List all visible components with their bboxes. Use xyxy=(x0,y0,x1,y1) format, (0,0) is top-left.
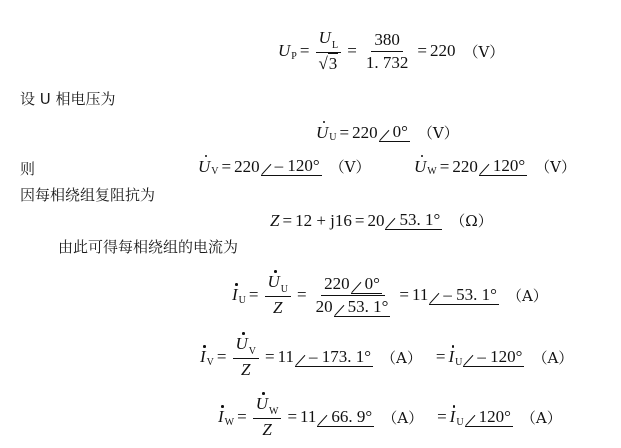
equals-sign: = xyxy=(249,285,259,305)
unit: （V） xyxy=(418,122,459,143)
equals-sign: = xyxy=(222,157,232,177)
numerator: U xyxy=(256,394,268,414)
equals-sign: = xyxy=(237,407,247,427)
equals-sign: = xyxy=(297,285,307,305)
angle-icon: – 53. 1° xyxy=(429,286,499,305)
angle-icon: – 120° xyxy=(261,157,322,176)
fraction: UV Z xyxy=(233,334,260,380)
numerator: U xyxy=(319,28,331,47)
subscript: P xyxy=(291,51,297,62)
text-impedance: 因每相绕组复阻抗为 xyxy=(20,184,155,205)
subscript: W xyxy=(269,406,278,417)
text-then: 则 xyxy=(20,158,35,179)
magnitude: 220 xyxy=(234,157,260,177)
angle-icon: 120° xyxy=(465,408,513,427)
unit: （V） xyxy=(463,41,504,62)
angle-icon: 0° xyxy=(379,123,410,142)
subscript: V xyxy=(211,166,218,177)
magnitude: 20 xyxy=(316,297,333,316)
phasor-symbol: U xyxy=(316,123,328,143)
phasor-symbol: I xyxy=(448,347,454,367)
numerator: U xyxy=(236,334,248,354)
equals-sign: = xyxy=(347,41,357,61)
magnitude: 20 xyxy=(367,211,384,231)
equals-sign: = xyxy=(355,211,365,231)
equals-sign: = xyxy=(287,407,297,427)
symbol: Z xyxy=(270,211,279,231)
phasor-symbol: I xyxy=(450,407,456,427)
symbol: U xyxy=(278,41,290,61)
phasor-symbol: I xyxy=(200,347,206,367)
equals-sign: = xyxy=(399,285,409,305)
subscript: U xyxy=(281,284,288,295)
equals-sign: = xyxy=(440,157,450,177)
subscript: U xyxy=(455,357,462,368)
equals-sign: = xyxy=(217,347,227,367)
fraction: 2200° 2053. 1° xyxy=(313,274,394,317)
angle-icon: 0° xyxy=(351,275,382,294)
angle-icon: 66. 9° xyxy=(317,408,374,427)
denominator: 1. 732 xyxy=(363,52,412,73)
equals-sign: = xyxy=(436,347,446,367)
angle-icon: – 120° xyxy=(463,348,524,367)
equation-uu: UU = 2200° （V） xyxy=(316,122,459,143)
equals-sign: = xyxy=(437,407,447,427)
subscript: U xyxy=(239,295,246,306)
equation-uv: UV = 220– 120° （V） xyxy=(198,156,371,177)
equals-sign: = xyxy=(282,211,292,231)
magnitude: 220 xyxy=(352,123,378,143)
denominator: Z xyxy=(238,359,253,380)
equation-phase-voltage: UP = UL √3 = 380 1. 732 = 220 （V） xyxy=(278,28,504,74)
phasor-symbol: U xyxy=(414,157,426,177)
angle-icon: 53. 1° xyxy=(334,298,391,317)
angle-icon: – 173. 1° xyxy=(295,348,373,367)
text-set-phase-voltage: 设 U 相电压为 xyxy=(20,88,116,109)
numerator: U xyxy=(268,272,280,292)
magnitude: 220 xyxy=(452,157,478,177)
subscript: U xyxy=(329,132,336,143)
equals-sign: = xyxy=(300,41,310,61)
subscript: V xyxy=(249,346,256,357)
denominator: Z xyxy=(270,297,285,318)
unit: （A） xyxy=(532,347,573,368)
fraction: 380 1. 732 xyxy=(363,30,412,73)
numerator: 380 xyxy=(371,30,403,52)
unit: （A） xyxy=(507,285,548,306)
fraction: UW Z xyxy=(253,394,282,440)
equals-sign: = xyxy=(340,123,350,143)
denominator: Z xyxy=(259,419,274,440)
equation-iu: IU = UU Z = 2200° 2053. 1° = 11– 53. 1° … xyxy=(232,272,548,318)
equals-sign: = xyxy=(417,41,427,61)
magnitude: 11 xyxy=(412,285,428,305)
result-value: 220 xyxy=(430,41,456,61)
equation-iv: IV = UV Z = 11– 173. 1° （A） = IU – 120° … xyxy=(200,334,573,380)
denominator: 3 xyxy=(328,53,339,73)
unit: （A） xyxy=(521,407,562,428)
phasor-symbol: I xyxy=(232,285,238,305)
subscript: W xyxy=(427,166,436,177)
unit: （V） xyxy=(330,156,371,177)
rectangular-form: 12 + j16 xyxy=(295,211,352,231)
unit: （A） xyxy=(382,407,423,428)
unit: （V） xyxy=(535,156,576,177)
subscript: V xyxy=(207,357,214,368)
subscript: L xyxy=(332,40,338,51)
angle-icon: 120° xyxy=(479,157,527,176)
phasor-symbol: U xyxy=(198,157,210,177)
magnitude: 220 xyxy=(324,274,350,293)
subscript: W xyxy=(225,417,234,428)
equals-sign: = xyxy=(265,347,275,367)
fraction: UU Z xyxy=(265,272,292,318)
fraction: UL √3 xyxy=(315,28,341,74)
magnitude: 11 xyxy=(300,407,316,427)
text-current: 由此可得每相绕组的电流为 xyxy=(58,236,238,257)
magnitude: 11 xyxy=(278,347,294,367)
equation-iw: IW = UW Z = 1166. 9° （A） = IU120° （A） xyxy=(218,394,562,440)
unit: （A） xyxy=(381,347,422,368)
unit: （Ω） xyxy=(450,210,492,231)
equation-impedance: Z = 12 + j16 = 2053. 1° （Ω） xyxy=(270,210,493,231)
sqrt-icon: √ xyxy=(318,54,327,73)
phasor-symbol: I xyxy=(218,407,224,427)
angle-icon: 53. 1° xyxy=(385,211,442,230)
subscript: U xyxy=(456,417,463,428)
equation-uw: UW = 220120° （V） xyxy=(414,156,576,177)
